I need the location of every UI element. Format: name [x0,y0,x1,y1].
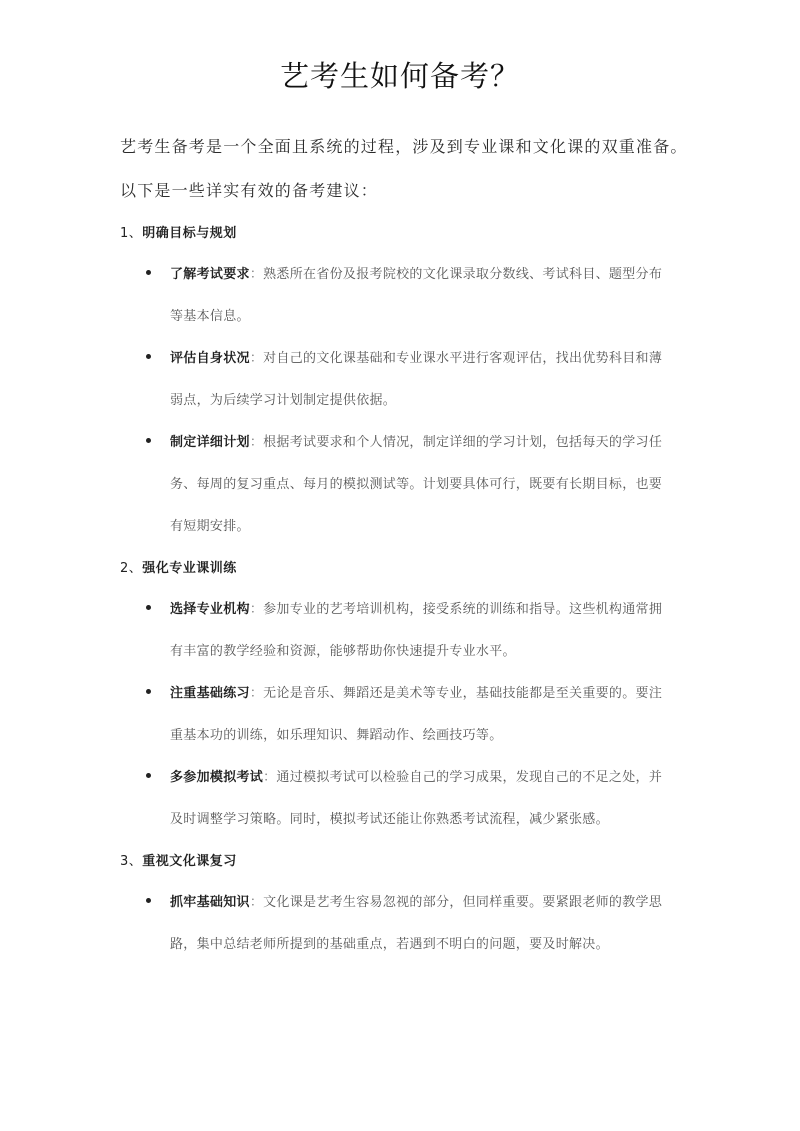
section-title: 强化专业课训练 [142,561,237,576]
item-text: 熟悉所在省份及报考院校的文化课录取分数线、考试科目、题型分布 [263,267,662,282]
section-number: 2、 [120,561,142,576]
section-heading-2: 2、强化专业课训练 [120,557,237,576]
list-item-line: 抓牢基础知识：文化课是艺考生容易忽视的部分，但同样重要。要紧跟老师的教学思 [170,891,662,910]
page-title: 艺考生如何备考？ [0,56,800,96]
bullet-icon [146,438,151,443]
intro-line-1: 艺考生备考是一个全面且系统的过程，涉及到专业课和文化课的双重准备。 [120,134,688,157]
bullet-icon [146,773,151,778]
list-item-line: 多参加模拟考试：通过模拟考试可以检验自己的学习成果，发现自己的不足之处，并 [170,766,662,785]
item-text: 文化课是艺考生容易忽视的部分，但同样重要。要紧跟老师的教学思 [263,895,662,910]
intro-line-2: 以下是一些详实有效的备考建议： [120,178,378,201]
list-item-line: 评估自身状况：对自己的文化课基础和专业课水平进行客观评估，找出优势科目和薄 [170,347,662,366]
item-text: 根据考试要求和个人情况，制定详细的学习计划，包括每天的学习任 [263,435,662,450]
list-item-line: 及时调整学习策略。同时，模拟考试还能让你熟悉考试流程，减少紧张感。 [170,808,609,827]
section-number: 1、 [120,226,142,241]
list-item-line: 等基本信息。 [170,305,250,324]
section-title: 重视文化课复习 [142,854,237,869]
item-text: 对自己的文化课基础和专业课水平进行客观评估，找出优势科目和薄 [263,351,662,366]
item-term: 了解考试要求 [170,267,250,282]
item-term: 制定详细计划 [170,435,250,450]
bullet-icon [146,689,151,694]
bullet-icon [146,605,151,610]
list-item-line: 制定详细计划：根据考试要求和个人情况，制定详细的学习计划，包括每天的学习任 [170,431,662,450]
item-text: 通过模拟考试可以检验自己的学习成果，发现自己的不足之处，并 [276,770,662,785]
item-text: 参加专业的艺考培训机构，接受系统的训练和指导。这些机构通常拥 [263,602,662,617]
list-item-line: 路，集中总结老师所提到的基础重点，若遇到不明白的问题，要及时解决。 [170,933,609,952]
list-item-line: 有短期安排。 [170,515,250,534]
list-item-line: 了解考试要求：熟悉所在省份及报考院校的文化课录取分数线、考试科目、题型分布 [170,263,662,282]
item-term: 选择专业机构 [170,602,250,617]
list-item-line: 弱点，为后续学习计划制定提供依据。 [170,389,396,408]
section-heading-1: 1、明确目标与规划 [120,222,237,241]
item-term: 抓牢基础知识 [170,895,250,910]
item-term: 评估自身状况 [170,351,250,366]
bullet-icon [146,898,151,903]
list-item-line: 务、每周的复习重点、每月的模拟测试等。计划要具体可行，既要有长期目标，也要 [170,473,662,492]
item-text: 无论是音乐、舞蹈还是美术等专业，基础技能都是至关重要的。要注 [263,686,662,701]
section-title: 明确目标与规划 [142,226,237,241]
bullet-icon [146,354,151,359]
section-heading-3: 3、重视文化课复习 [120,850,237,869]
list-item-line: 重基本功的训练，如乐理知识、舞蹈动作、绘画技巧等。 [170,724,503,743]
document-page: 艺考生如何备考？ 艺考生备考是一个全面且系统的过程，涉及到专业课和文化课的双重准… [0,0,800,1131]
list-item-line: 注重基础练习：无论是音乐、舞蹈还是美术等专业，基础技能都是至关重要的。要注 [170,682,662,701]
list-item-line: 有丰富的教学经验和资源，能够帮助你快速提升专业水平。 [170,640,516,659]
item-term: 多参加模拟考试 [170,770,263,785]
list-item-line: 选择专业机构：参加专业的艺考培训机构，接受系统的训练和指导。这些机构通常拥 [170,598,662,617]
item-term: 注重基础练习 [170,686,250,701]
section-number: 3、 [120,854,142,869]
bullet-icon [146,270,151,275]
